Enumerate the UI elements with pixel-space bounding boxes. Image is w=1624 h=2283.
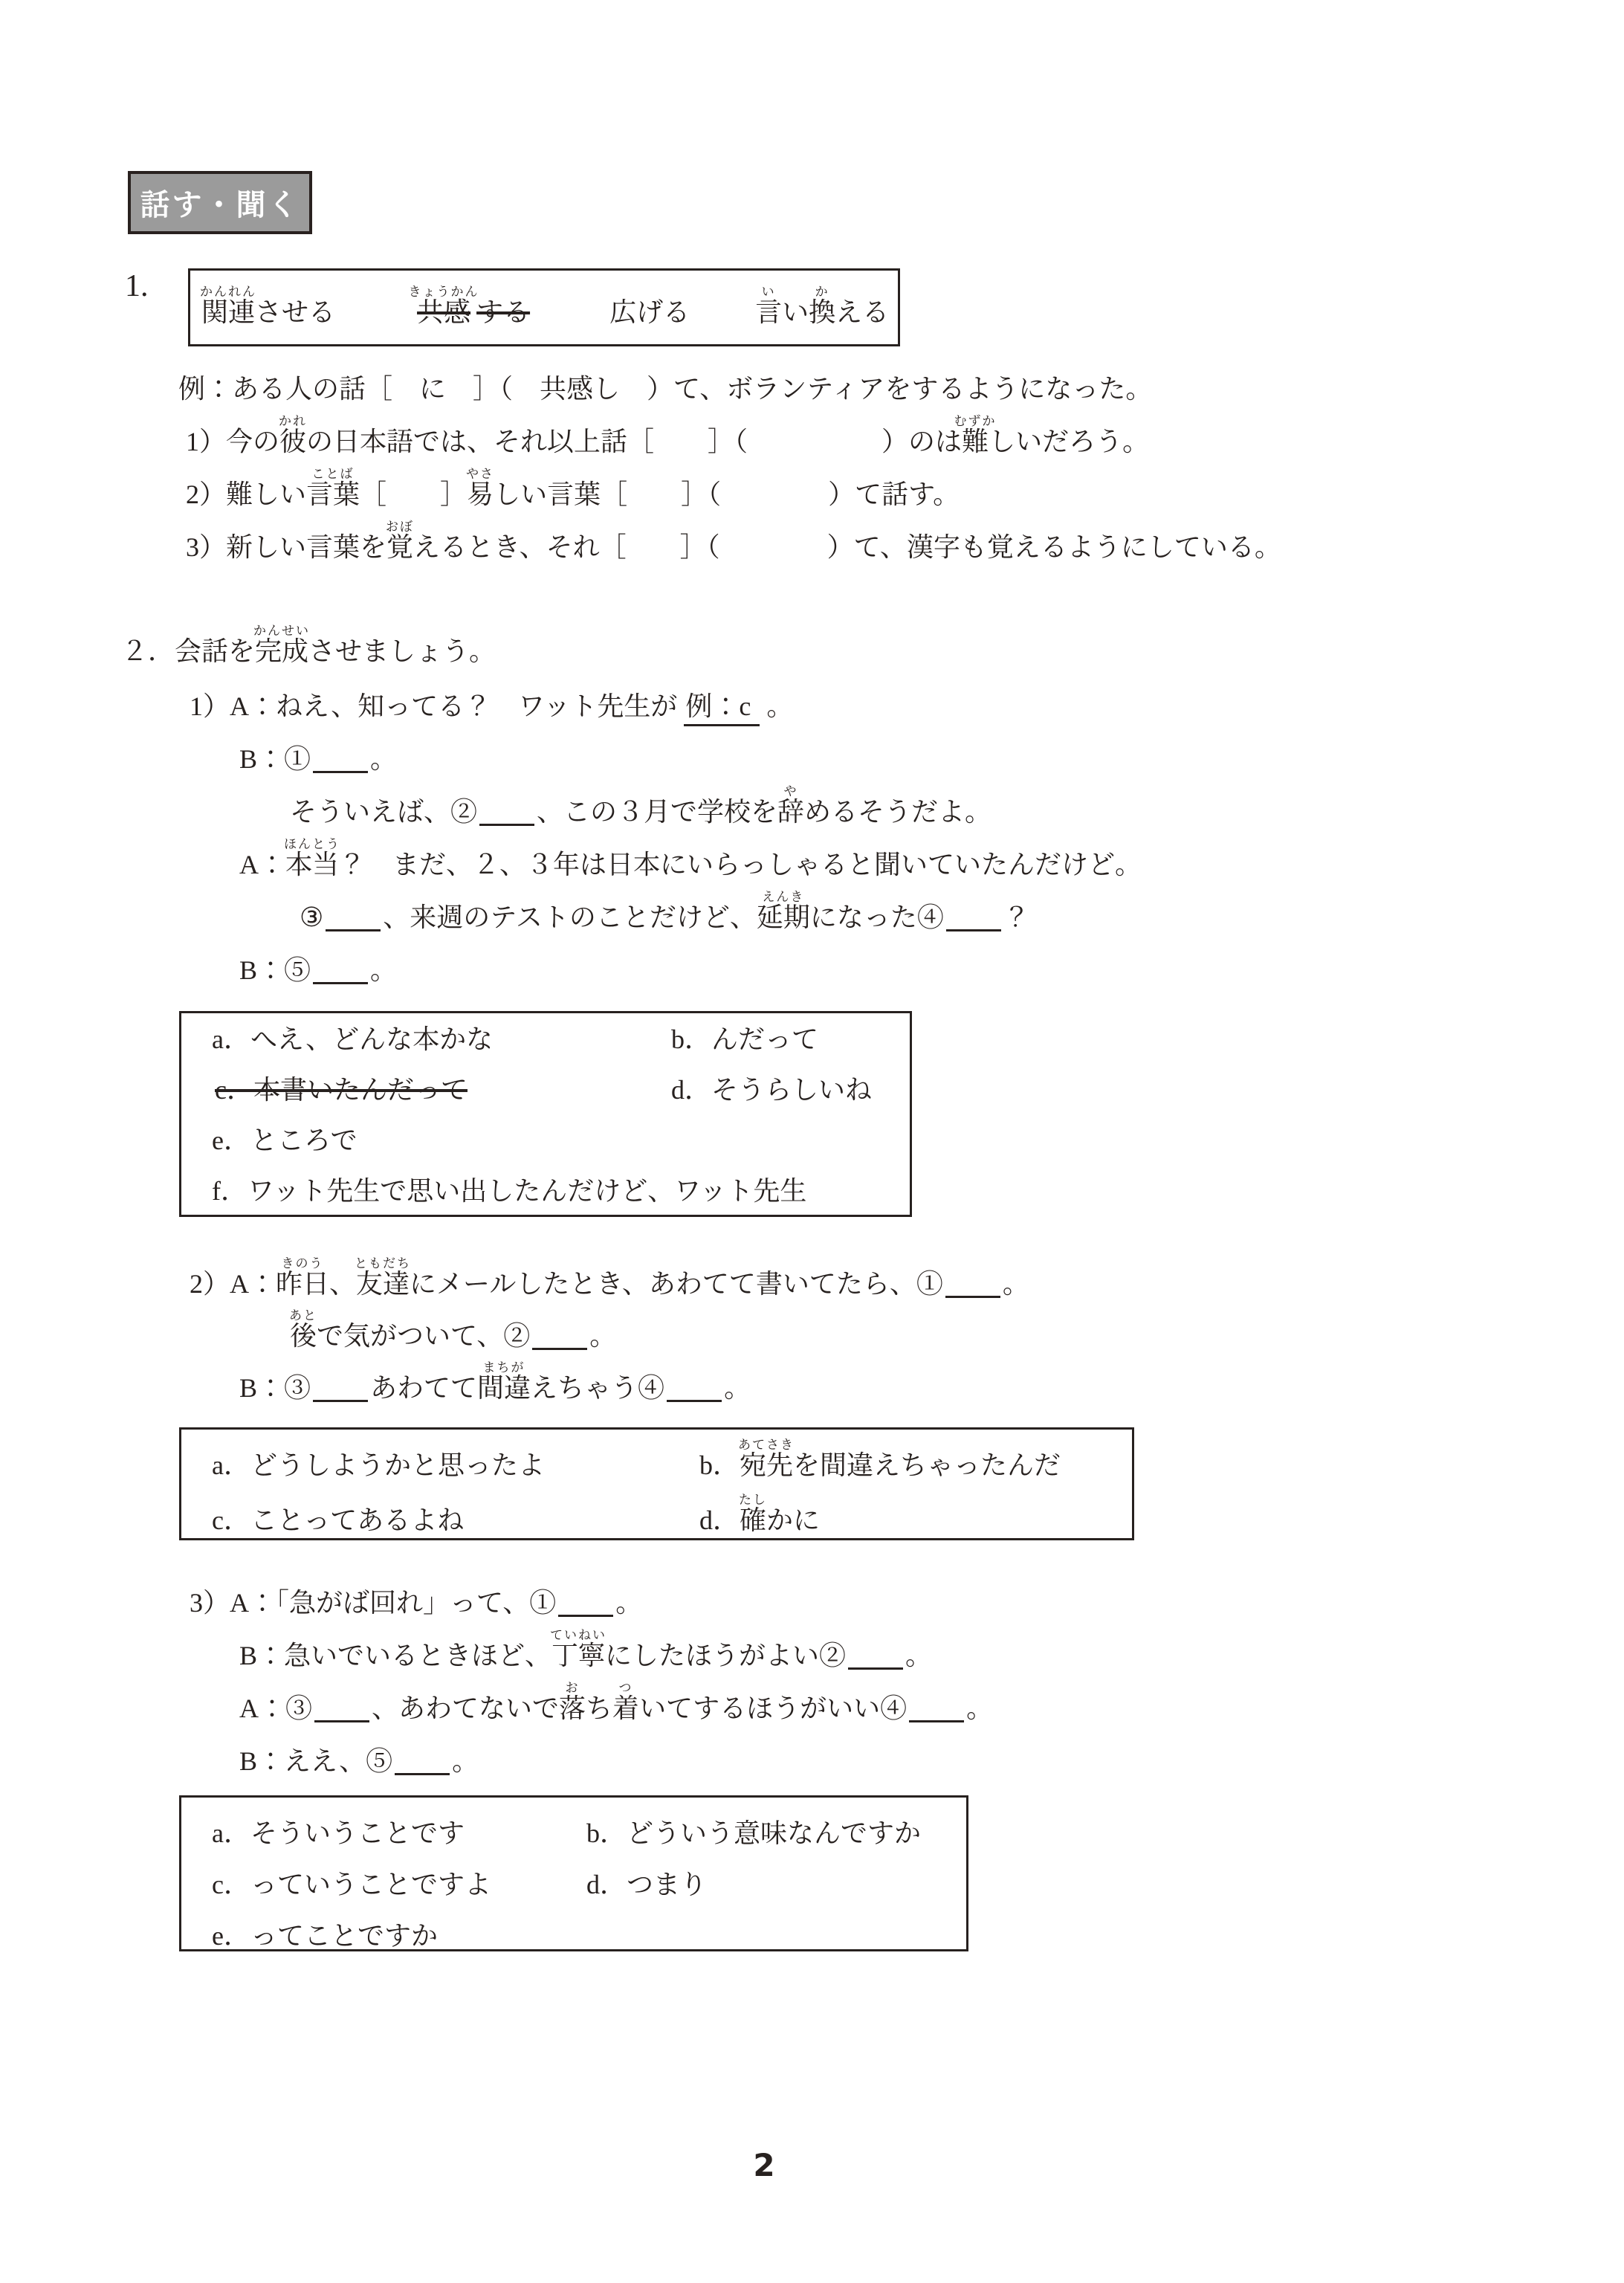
text-run: 。: [724, 1373, 751, 1403]
text-run: B：ええ、⑤: [239, 1746, 392, 1776]
ruby-word: 確たし: [740, 1507, 766, 1534]
ruby-word: 宛先あてさき: [740, 1452, 793, 1479]
text-run: 3）A：「急がば回れ」って、①: [190, 1588, 556, 1618]
text-run: を間違えちゃったんだ: [793, 1450, 1061, 1480]
text-run: c．っていうことですよ: [212, 1870, 491, 1899]
choice-row: a．そういうことですb．どういう意味なんですか: [181, 1820, 966, 1847]
text-run: にメールしたとき、あわてて書いてたら、①: [410, 1269, 943, 1299]
furigana: かれ: [279, 415, 307, 427]
text-run: b．: [699, 1450, 740, 1480]
answer-blank: [479, 824, 534, 826]
choice-left: a．へえ、どんな本かな: [212, 1026, 493, 1053]
choice-left: f．ワット先生で思い出したんだけど、ワット先生: [212, 1178, 806, 1205]
choice-row: a．どうしようかと思ったよb．宛先あてさきを間違えちゃったんだ: [181, 1452, 1132, 1479]
text-line: ③、来週のテストのことだけど、延期えんきになった④？: [300, 904, 1142, 931]
text-run: d．そうらしいね: [671, 1075, 872, 1105]
ruby-word: 辞や: [777, 798, 804, 826]
page-number: 2: [727, 2150, 801, 2181]
text-line: 1）今の彼かれの日本語では、それ以上話［ ］（ ）のは難むずかしいだろう。: [186, 428, 1281, 456]
answer-choices-box-2: a．どうしようかと思ったよb．宛先あてさきを間違えちゃったんだc．ことってあるよ…: [179, 1427, 1134, 1540]
furigana: や: [784, 785, 798, 798]
choice-row: c．っていうことですよd．つまり: [181, 1871, 966, 1899]
ruby-word: 後あと: [290, 1323, 317, 1350]
spacer: [690, 320, 755, 321]
text-line: B：急いでいるときほど、丁寧ていねいにしたほうがよい②。: [239, 1642, 993, 1670]
text-run: d．: [699, 1505, 740, 1535]
furigana: かんれん: [200, 285, 256, 298]
answer-blank: [314, 1720, 369, 1722]
text-line: B：①。: [239, 746, 1142, 773]
ruby-word: 関連かんれん: [201, 299, 255, 326]
text-run: b．んだって: [671, 1024, 818, 1054]
text-run: 1）A：ねえ、知ってる？ ワット先生が: [190, 691, 684, 721]
furigana: お: [566, 1682, 580, 1694]
choice-row: e．ってことですか: [181, 1922, 966, 1950]
text-line: B：③あわてて間違まちがえちゃう④。: [239, 1375, 1029, 1402]
furigana: おぼ: [386, 520, 414, 533]
choice-left: c．ことってあるよね: [212, 1507, 464, 1534]
text-line: 後あとで気がついて、②。: [290, 1323, 1029, 1350]
ruby-word: 落お: [559, 1695, 586, 1722]
text-line: B：ええ、⑤。: [239, 1748, 993, 1775]
choice-right: d．つまり: [586, 1871, 707, 1899]
ruby-word: 昨日きのう: [276, 1270, 329, 1298]
text-run: 、: [329, 1269, 356, 1299]
text-run: 、あわてないで: [372, 1693, 559, 1723]
text-run: B：③: [239, 1373, 311, 1403]
text-run: ［ ］: [360, 479, 467, 509]
choice-right: b．んだって: [671, 1026, 818, 1053]
choice-left: e．ってことですか: [212, 1922, 438, 1950]
furigana: かんせい: [253, 624, 310, 637]
text-run: 。: [1003, 1269, 1029, 1299]
text-run: いてするほうがいい④: [639, 1693, 907, 1723]
furigana: か: [815, 285, 829, 298]
text-run: ？: [1003, 902, 1030, 932]
text-run: 広げる: [609, 297, 690, 327]
answer-choices-box-3: a．そういうことですb．どういう意味なんですかc．っていうことですよd．つまりe…: [179, 1795, 968, 1951]
word-bank-line: 関連かんれんさせる共感きょうかんする広げる言いい換かえる: [201, 299, 898, 326]
choice-row: c．本書いたんだってd．そうらしいね: [181, 1076, 910, 1104]
choice-left: e．ところで: [212, 1127, 358, 1155]
furigana: えんき: [762, 891, 804, 903]
text-run: かに: [766, 1505, 820, 1535]
choice-right: d．確たしかに: [699, 1507, 820, 1534]
furigana: たし: [739, 1494, 767, 1506]
underlined-answer: 例：c: [684, 691, 760, 726]
furigana: ほんとう: [284, 838, 340, 850]
word-bank-box: 関連かんれんさせる共感きょうかんする広げる言いい換かえる: [188, 268, 900, 346]
spacer: [335, 320, 414, 321]
text-run: する: [473, 297, 533, 327]
text-run: い: [782, 297, 809, 327]
choice-row: a．へえ、どんな本かなb．んだって: [181, 1026, 910, 1053]
text-line: そういえば、②、この３月で学校を辞やめるそうだよ。: [290, 798, 1142, 826]
text-run: 3）新しい言葉を: [186, 532, 386, 562]
answer-blank: [558, 1615, 613, 1617]
answer-blank: [395, 1773, 450, 1775]
dialogue-2: 2）A：昨日きのう、友達ともだちにメールしたとき、あわてて書いてたら、①。後あと…: [190, 1270, 1029, 1427]
answer-blank: [313, 771, 368, 773]
furigana: きのう: [282, 1257, 324, 1270]
choice-left: c．本書いたんだって: [212, 1076, 470, 1104]
choice-right: d．そうらしいね: [671, 1076, 872, 1104]
choice-left: c．っていうことですよ: [212, 1871, 491, 1899]
furigana: つ: [619, 1682, 633, 1694]
furigana: ともだち: [355, 1257, 411, 1270]
text-run: そういえば、②: [290, 797, 477, 827]
choice-right: b．どういう意味なんですか: [586, 1820, 921, 1847]
ruby-word: 覚おぼ: [386, 534, 413, 561]
text-line: 例：ある人の話［ に ］（ 共感し ）て、ボランティアをするようになった。: [178, 375, 1281, 403]
text-run: あわてて: [370, 1373, 477, 1403]
text-run: 。: [452, 1746, 479, 1776]
ruby-word: 共感きょうかん: [414, 299, 473, 326]
text-run: させる: [255, 297, 335, 327]
text-run: B：①: [239, 744, 311, 774]
text-run: しいだろう。: [989, 427, 1149, 456]
furigana: やさ: [466, 468, 494, 480]
answer-blank: [313, 1400, 368, 1402]
text-run: 。: [615, 1588, 642, 1618]
choice-row: f．ワット先生で思い出したんだけど、ワット先生: [181, 1178, 910, 1205]
ruby-word: 着つ: [612, 1695, 639, 1722]
choice-left: a．そういうことです: [212, 1820, 465, 1847]
answer-blank: [945, 1296, 1000, 1298]
text-run: ③: [300, 902, 323, 932]
answer-blank: [946, 929, 1001, 931]
text-line: 3）新しい言葉を覚おぼえるとき、それ［ ］（ ）て、漢字も覚えるようにしている。: [186, 534, 1281, 561]
ruby-word: 換か: [809, 299, 835, 326]
text-run: A：③: [239, 1693, 312, 1723]
ruby-word: 言い: [755, 299, 782, 326]
text-line: A：③、あわてないで落おち着ついてするほうがいい④。: [239, 1695, 993, 1722]
text-line: 3）A：「急がば回れ」って、①。: [190, 1589, 993, 1617]
worksheet-page: 話す・聞く 1. 関連かんれんさせる共感きょうかんする広げる言いい換かえる 例：…: [0, 0, 1624, 2283]
text-run: a．へえ、どんな本かな: [212, 1024, 493, 1054]
text-line: 2）A：昨日きのう、友達ともだちにメールしたとき、あわてて書いてたら、①。: [190, 1270, 1029, 1298]
text-run: えるとき、それ［ ］（ ）て、漢字も覚えるようにしている。: [413, 532, 1281, 562]
text-run: させましょう。: [308, 636, 496, 666]
choice-left: a．どうしようかと思ったよ: [212, 1452, 545, 1479]
text-run: 。: [370, 744, 397, 774]
text-run: ？ まだ、２、３年は日本にいらっしゃると聞いていたんだけど。: [339, 850, 1142, 879]
furigana: むずか: [954, 415, 997, 427]
ruby-word: 間違まちが: [477, 1375, 531, 1402]
exercise-1-sentences: 例：ある人の話［ に ］（ 共感し ）て、ボランティアをするようになった。1）今…: [178, 375, 1281, 587]
spacer: [533, 320, 609, 321]
text-run: 。: [589, 1321, 616, 1351]
text-run: 。: [760, 691, 793, 721]
furigana: ていねい: [550, 1629, 606, 1641]
text-run: f．ワット先生で思い出したんだけど、ワット先生: [212, 1176, 806, 1206]
furigana: きょうかん: [409, 285, 479, 298]
dialogue-1: 1）A：ねえ、知ってる？ ワット先生が 例：c 。B：①。そういえば、②、この３…: [190, 693, 1142, 1010]
furigana: あてさき: [738, 1438, 795, 1451]
text-run: 。: [966, 1693, 993, 1723]
answer-blank: [848, 1667, 903, 1670]
answer-blank: [313, 982, 368, 984]
ruby-word: 彼かれ: [279, 428, 306, 456]
furigana: まちが: [483, 1361, 525, 1374]
furigana: あと: [289, 1309, 317, 1322]
text-run: 。: [370, 955, 397, 985]
text-run: 1）今の: [186, 427, 279, 456]
ruby-word: 言葉ことば: [306, 481, 360, 508]
furigana: い: [762, 285, 776, 298]
text-run: a．そういうことです: [212, 1818, 465, 1848]
exercise-1-number: 1.: [125, 271, 149, 302]
text-run: A：: [239, 850, 285, 879]
text-run: える: [835, 297, 889, 327]
ruby-word: 完成かんせい: [255, 638, 308, 665]
answer-blank: [532, 1348, 587, 1350]
text-run: になった④: [810, 902, 944, 932]
answer-blank: [326, 929, 381, 931]
ruby-word: 難むずか: [962, 428, 989, 456]
text-run: B：急いでいるときほど、: [239, 1641, 551, 1670]
text-line: B：⑤。: [239, 957, 1142, 984]
text-run: e．ってことですか: [212, 1921, 438, 1951]
text-run: にしたほうがよい②: [605, 1641, 846, 1670]
text-run: 。: [905, 1641, 932, 1670]
ruby-word: 本当ほんとう: [285, 851, 339, 879]
furigana: ことば: [312, 468, 355, 480]
text-run: 2）A：: [190, 1269, 276, 1299]
answer-blank: [909, 1720, 964, 1722]
text-line: 1）A：ねえ、知ってる？ ワット先生が 例：c 。: [190, 693, 1142, 720]
text-run: ち: [586, 1693, 612, 1723]
answer-choices-box-1: a．へえ、どんな本かなb．んだってc．本書いたんだってd．そうらしいねe．ところ…: [179, 1011, 912, 1217]
text-run: 例：ある人の話［ に ］（ 共感し ）て、ボランティアをするようになった。: [178, 374, 1152, 404]
text-run: c．ことってあるよね: [212, 1505, 464, 1535]
choice-row: c．ことってあるよねd．確たしかに: [181, 1507, 1132, 1534]
text-run: 、来週のテストのことだけど、: [383, 902, 757, 932]
exercise-2-heading: ２．会話を完成かんせいさせましょう。: [121, 638, 496, 665]
text-run: e．ところで: [212, 1126, 358, 1155]
ruby-word: 易やさ: [467, 481, 494, 508]
choice-right: b．宛先あてさきを間違えちゃったんだ: [699, 1452, 1061, 1479]
dialogue-3: 3）A：「急がば回れ」って、①。B：急いでいるときほど、丁寧ていねいにしたほうが…: [190, 1589, 993, 1801]
text-run: B：⑤: [239, 955, 311, 985]
text-line: A：本当ほんとう？ まだ、２、３年は日本にいらっしゃると聞いていたんだけど。: [239, 851, 1142, 879]
text-run: 2）難しい: [186, 479, 306, 509]
text-run: d．つまり: [586, 1870, 707, 1899]
text-run: で気がついて、②: [317, 1321, 530, 1351]
text-run: の日本語では、それ以上話［ ］（ ）のは: [306, 427, 962, 456]
choice-row: e．ところで: [181, 1127, 910, 1155]
text-run: c．本書いたんだって: [212, 1075, 470, 1105]
text-run: a．どうしようかと思ったよ: [212, 1450, 545, 1480]
text-run: しい言葉［ ］（ ）て話す。: [494, 479, 960, 509]
text-line: 2）難しい言葉ことば［ ］易やさしい言葉［ ］（ ）て話す。: [186, 481, 1281, 508]
text-run: ２．会話を: [121, 636, 255, 666]
section-header: 話す・聞く: [128, 171, 312, 234]
text-run: えちゃう④: [531, 1373, 664, 1403]
text-run: b．どういう意味なんですか: [586, 1818, 921, 1848]
text-run: めるそうだよ。: [804, 797, 991, 827]
text-run: 、この３月で学校を: [537, 797, 777, 827]
ruby-word: 丁寧ていねい: [551, 1642, 605, 1670]
answer-blank: [667, 1400, 722, 1402]
ruby-word: 延期えんき: [757, 904, 810, 931]
ruby-word: 友達ともだち: [356, 1270, 410, 1298]
